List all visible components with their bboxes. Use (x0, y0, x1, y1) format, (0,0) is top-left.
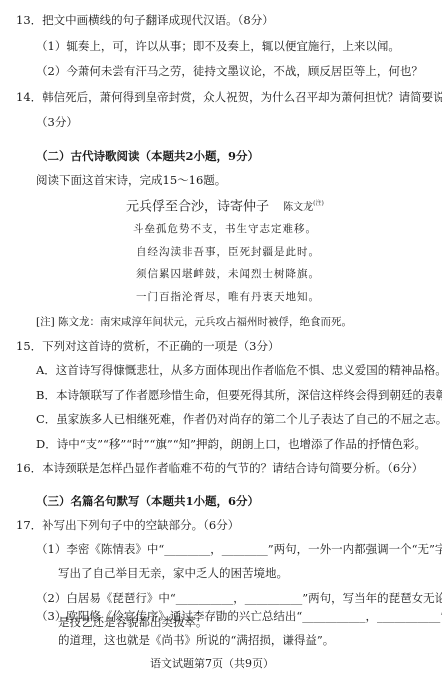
q17-item-3-line-1: （3）欧阳修《伶官传序》通过李存勖的兴亡总结出“___________，____… (36, 608, 442, 624)
q17-item-3-line-2: 的道理，这也就是《尚书》所说的“满招损，谦得益”。 (58, 632, 334, 648)
poem-note: [注] 陈文龙：南宋咸淳年间状元，元兵攻占福州时被俘，绝食而死。 (36, 314, 352, 330)
q17-item-2-line-1: （2）白居易《琵琶行》中“__________，__________”两句，写当… (36, 590, 442, 606)
q13-sentence-2: （2）今萧何未尝有汗马之劳，徒持文墨议论，不战，顾反居臣等上，何也？ (36, 63, 423, 79)
q13-sentence-1: （1）辄奏上，可，许以从事；即不及奏上，辄以便宜施行，上来以闻。 (36, 38, 400, 54)
q15-option-b: B．本诗颔联写了作者愿珍惜生命，但要死得其所，深信这样终会得到朝廷的表彰。 (36, 387, 442, 403)
q17-stem: 17．补写出下列句子中的空缺部分。（6分） (16, 517, 239, 533)
poem-line-3: 须信累囚堪衅鼓，未闻烈士树降旗。 (136, 266, 320, 282)
poem-line-1: 斗垒孤危势不支，书生守志定难移。 (133, 221, 317, 237)
poem-title: 元兵俘至合沙，诗寄仲子 陈文龙(注) (126, 196, 324, 216)
q14-stem: 14．韩信死后，萧何得到皇帝封赏，众人祝贺，为什么召平却为萧何担忧？请简要说明。 (16, 89, 442, 105)
q17-item-1-line-2: 写出了自己举目无亲，家中乏人的困苦境地。 (58, 565, 288, 581)
poem-author-note-marker: (注) (313, 200, 324, 207)
section-3-heading: （三）名篇名句默写（本题共1小题，6分） (36, 493, 259, 509)
page-footer: 语文试题第7页（共9页） (150, 656, 274, 672)
q16-stem: 16．本诗颈联是怎样凸显作者临难不苟的气节的？请结合诗句简要分析。（6分） (16, 460, 423, 476)
poem-title-text: 元兵俘至合沙，诗寄仲子 (126, 199, 269, 214)
q15-option-d: D．诗中“支”“移”“时”“旗”“知”押韵，朗朗上口，也增添了作品的抒情色彩。 (36, 436, 426, 452)
q17-item-1-line-1: （1）李密《陈情表》中“________，________”两句，一外一内都强调… (36, 541, 442, 557)
poem-line-2: 自经沟渎非吾事，臣死封疆是此时。 (136, 244, 320, 260)
q15-stem: 15．下列对这首诗的赏析，不正确的一项是（3分） (16, 338, 279, 354)
poem-line-4: 一门百指沦胥尽，唯有丹衷天地知。 (136, 289, 320, 305)
q14-score: （3分） (36, 114, 78, 130)
q15-option-c: C．虽家族多人已相继死难，作者仍对尚存的第二个儿子表达了自己的不屈之志。 (36, 411, 442, 427)
section-2-heading: （二）古代诗歌阅读（本题共2小题，9分） (36, 148, 259, 164)
poem-author: 陈文龙 (283, 202, 313, 213)
q13-stem: 13．把文中画横线的句子翻译成现代汉语。（8分） (16, 12, 274, 28)
q15-option-a: A．这首诗写得慷慨悲壮，从多方面体现出作者临危不惧、忠义爱国的精神品格。 (36, 362, 442, 378)
section-2-intro: 阅读下面这首宋诗，完成15～16题。 (36, 172, 226, 188)
